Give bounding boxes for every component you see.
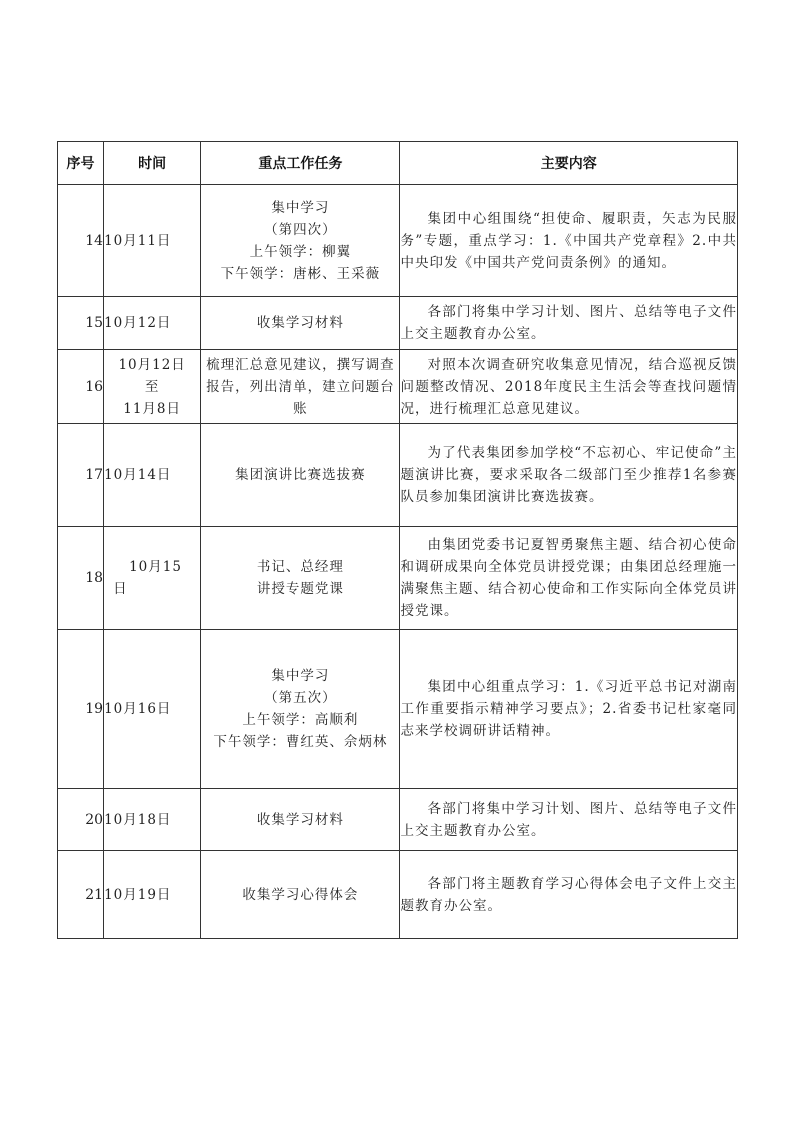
task-line: 梳理汇总意见建议，撰写调查报告，列出清单，建立问题台账 (205, 354, 395, 420)
row-task: 书记、总经理 讲授专题党课 (201, 527, 400, 630)
row-content: 各部门将集中学习计划、图片、总结等电子文件上交主题教育办公室。 (400, 789, 738, 851)
row-date: 10月11日 (104, 185, 201, 297)
row-date: 10月18日 (104, 789, 201, 851)
content-text: 为了代表集团参加学校“不忘初心、牢记使命”主题演讲比赛，要求采取各二级部门至少推… (400, 442, 737, 508)
task-line: 集中学习 (201, 197, 399, 219)
table-row: 14 10月11日 集中学习 （第四次） 上午领学：柳翼 下午领学：唐彬、王采薇… (58, 185, 738, 297)
task-line: （第四次） (201, 219, 399, 241)
content-text: 集团中心组围绕“担使命、履职责，矢志为民服务”专题，重点学习：1.《中国共产党章… (400, 208, 737, 274)
date-line: 10月16日 (104, 698, 200, 720)
date-line: 10月19日 (104, 884, 200, 906)
document-page: 序号 时间 重点工作任务 主要内容 14 10月11日 集中学习 （第四次） 上… (0, 0, 794, 1123)
task-line: 上午领学：柳翼 (201, 241, 399, 263)
task-line: 下午领学：唐彬、王采薇 (201, 263, 399, 285)
row-content: 各部门将集中学习计划、图片、总结等电子文件上交主题教育办公室。 (400, 297, 738, 350)
row-number: 18 (58, 527, 104, 630)
content-text: 由集团党委书记夏智勇聚焦主题、结合初心使命和调研成果向全体党员讲授党课；由集团总… (400, 534, 737, 622)
task-line: 收集学习材料 (201, 809, 399, 831)
table-row: 18 10月15 日 书记、总经理 讲授专题党课 由集团党委书记夏智勇聚焦主题、… (58, 527, 738, 630)
date-line: 10月12日 (104, 312, 200, 334)
row-number: 19 (58, 630, 104, 789)
task-line: 收集学习材料 (201, 312, 399, 334)
content-text: 各部门将主题教育学习心得体会电子文件上交主题教育办公室。 (400, 873, 737, 917)
task-line: 上午领学：高顺利 (201, 709, 399, 731)
table-row: 21 10月19日 收集学习心得体会 各部门将主题教育学习心得体会电子文件上交主… (58, 851, 738, 939)
date-line: 10月11日 (104, 230, 200, 252)
date-line: 10月18日 (104, 809, 200, 831)
row-number: 16 (58, 350, 104, 424)
content-text: 各部门将集中学习计划、图片、总结等电子文件上交主题教育办公室。 (400, 798, 737, 842)
task-line: （第五次） (201, 687, 399, 709)
row-date: 10月12日 至 11月8日 (104, 350, 201, 424)
row-date: 10月19日 (104, 851, 201, 939)
row-task: 收集学习心得体会 (201, 851, 400, 939)
header-key-task: 重点工作任务 (201, 142, 400, 185)
date-line: 日 (113, 578, 200, 600)
content-text: 各部门将集中学习计划、图片、总结等电子文件上交主题教育办公室。 (400, 301, 737, 345)
date-line: 至 (104, 376, 200, 398)
date-line: 10月14日 (104, 464, 200, 486)
row-number: 15 (58, 297, 104, 350)
row-content: 各部门将主题教育学习心得体会电子文件上交主题教育办公室。 (400, 851, 738, 939)
task-line: 下午领学：曹红英、佘炳林 (201, 731, 399, 753)
row-task: 集中学习 （第四次） 上午领学：柳翼 下午领学：唐彬、王采薇 (201, 185, 400, 297)
date-line: 11月8日 (104, 398, 200, 420)
work-plan-table: 序号 时间 重点工作任务 主要内容 14 10月11日 集中学习 （第四次） 上… (57, 141, 738, 939)
table-row: 16 10月12日 至 11月8日 梳理汇总意见建议，撰写调查报告，列出清单，建… (58, 350, 738, 424)
row-task: 收集学习材料 (201, 789, 400, 851)
row-number: 17 (58, 424, 104, 527)
row-content: 由集团党委书记夏智勇聚焦主题、结合初心使命和调研成果向全体党员讲授党课；由集团总… (400, 527, 738, 630)
row-date: 10月15 日 (104, 527, 201, 630)
row-number: 14 (58, 185, 104, 297)
task-line: 书记、总经理 (201, 556, 399, 578)
task-line: 讲授专题党课 (201, 578, 399, 600)
row-task: 集中学习 （第五次） 上午领学：高顺利 下午领学：曹红英、佘炳林 (201, 630, 400, 789)
row-content: 为了代表集团参加学校“不忘初心、牢记使命”主题演讲比赛，要求采取各二级部门至少推… (400, 424, 738, 527)
table-row: 20 10月18日 收集学习材料 各部门将集中学习计划、图片、总结等电子文件上交… (58, 789, 738, 851)
row-date: 10月16日 (104, 630, 201, 789)
row-task: 集团演讲比赛选拔赛 (201, 424, 400, 527)
header-time: 时间 (104, 142, 201, 185)
row-date: 10月12日 (104, 297, 201, 350)
table-row: 19 10月16日 集中学习 （第五次） 上午领学：高顺利 下午领学：曹红英、佘… (58, 630, 738, 789)
table-row: 15 10月12日 收集学习材料 各部门将集中学习计划、图片、总结等电子文件上交… (58, 297, 738, 350)
row-content: 集团中心组围绕“担使命、履职责，矢志为民服务”专题，重点学习：1.《中国共产党章… (400, 185, 738, 297)
task-line: 集中学习 (201, 665, 399, 687)
row-date: 10月14日 (104, 424, 201, 527)
header-main-content: 主要内容 (400, 142, 738, 185)
content-text: 集团中心组重点学习：1.《习近平总书记对湖南工作重要指示精神学习要点》；2.省委… (400, 676, 737, 742)
date-line: 10月12日 (104, 354, 200, 376)
header-serial-number: 序号 (58, 142, 104, 185)
row-number: 20 (58, 789, 104, 851)
task-line: 集团演讲比赛选拔赛 (201, 464, 399, 486)
row-number: 21 (58, 851, 104, 939)
task-line: 收集学习心得体会 (201, 884, 399, 906)
row-content: 对照本次调查研究收集意见情况，结合巡视反馈问题整改情况、2018年度民主生活会等… (400, 350, 738, 424)
row-task: 收集学习材料 (201, 297, 400, 350)
row-content: 集团中心组重点学习：1.《习近平总书记对湖南工作重要指示精神学习要点》；2.省委… (400, 630, 738, 789)
date-line: 10月15 (113, 556, 200, 578)
table-header-row: 序号 时间 重点工作任务 主要内容 (58, 142, 738, 185)
content-text: 对照本次调查研究收集意见情况，结合巡视反馈问题整改情况、2018年度民主生活会等… (400, 354, 737, 420)
table-row: 17 10月14日 集团演讲比赛选拔赛 为了代表集团参加学校“不忘初心、牢记使命… (58, 424, 738, 527)
row-task: 梳理汇总意见建议，撰写调查报告，列出清单，建立问题台账 (201, 350, 400, 424)
